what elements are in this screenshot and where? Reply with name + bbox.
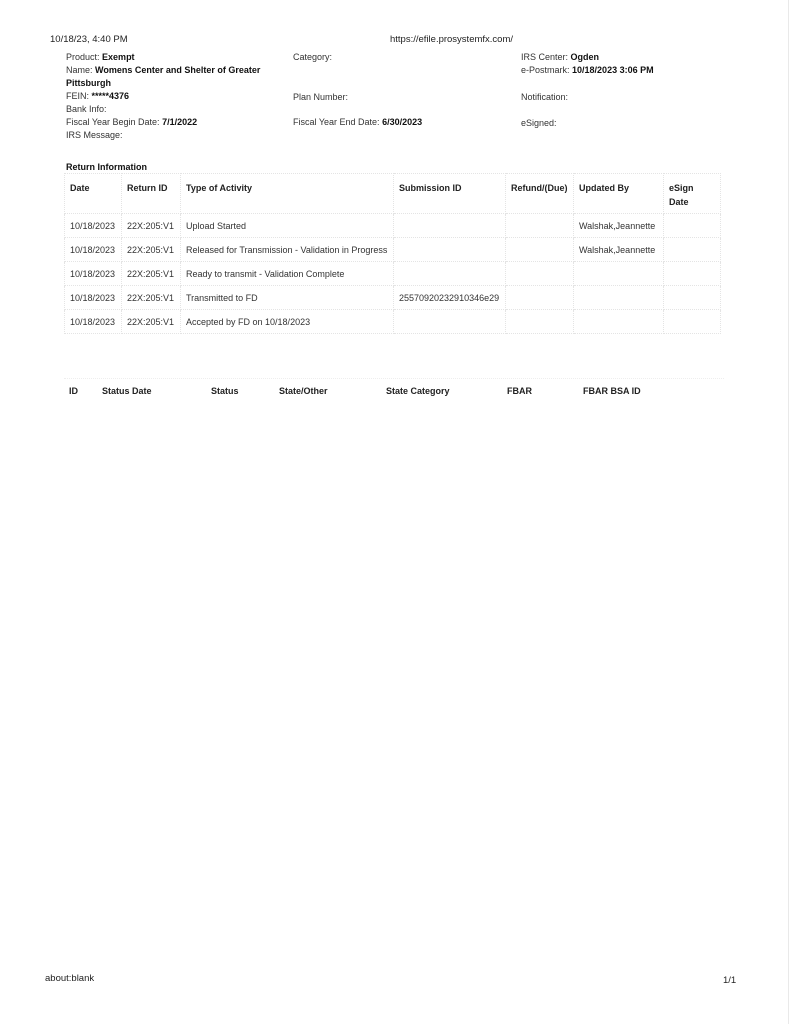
cell-esign-date <box>664 238 721 262</box>
col-date: Date <box>65 174 122 214</box>
cell-updated-by: Walshak,Jeannette <box>574 214 664 238</box>
cell-updated-by <box>574 262 664 286</box>
cell-refund <box>506 238 574 262</box>
print-footer-url: about:blank <box>45 973 94 984</box>
cell-return-id: 22X:205:V1 <box>122 286 181 310</box>
col-activity: Type of Activity <box>181 174 394 214</box>
cell-submission-id: 25570920232910346e29 <box>394 286 506 310</box>
cell-return-id: 22X:205:V1 <box>122 262 181 286</box>
postmark-value: 10/18/2023 3:06 PM <box>572 65 654 75</box>
name-field: Name: Womens Center and Shelter of Great… <box>66 65 260 75</box>
col-state-other: State/Other <box>279 386 328 396</box>
esigned-label: eSigned: <box>521 118 557 128</box>
irs-center-value: Ogden <box>571 52 600 62</box>
col-submission-id: Submission ID <box>394 174 506 214</box>
cell-activity: Released for Transmission - Validation i… <box>181 238 394 262</box>
product-value: Exempt <box>102 52 135 62</box>
cell-activity: Upload Started <box>181 214 394 238</box>
cell-date: 10/18/2023 <box>65 310 122 334</box>
postmark-field: e-Postmark: 10/18/2023 3:06 PM <box>521 65 654 75</box>
cell-updated-by: Walshak,Jeannette <box>574 238 664 262</box>
print-page-number: 1/1 <box>723 975 736 986</box>
cell-submission-id <box>394 238 506 262</box>
fy-begin-value: 7/1/2022 <box>162 117 197 127</box>
col-state-category: State Category <box>386 386 450 396</box>
name-value: Womens Center and Shelter of Greater <box>95 65 260 75</box>
cell-refund <box>506 214 574 238</box>
print-datetime: 10/18/23, 4:40 PM <box>50 34 128 45</box>
col-fbar-bsa-id: FBAR BSA ID <box>583 386 641 396</box>
product-field: Product: Exempt <box>66 52 135 62</box>
cell-esign-date <box>664 262 721 286</box>
cell-activity: Ready to transmit - Validation Complete <box>181 262 394 286</box>
print-url: https://efile.prosystemfx.com/ <box>390 34 513 45</box>
cell-date: 10/18/2023 <box>65 238 122 262</box>
state-table-header: ID Status Date Status State/Other State … <box>64 378 724 401</box>
col-fbar: FBAR <box>507 386 532 396</box>
table-row: 10/18/202322X:205:V1Transmitted to FD255… <box>65 286 721 310</box>
plan-number-label: Plan Number: <box>293 92 348 102</box>
name-value-line2: Pittsburgh <box>66 78 111 88</box>
col-return-id: Return ID <box>122 174 181 214</box>
cell-updated-by <box>574 310 664 334</box>
bank-info-label: Bank Info: <box>66 104 107 114</box>
cell-date: 10/18/2023 <box>65 286 122 310</box>
col-updated-by: Updated By <box>574 174 664 214</box>
cell-submission-id <box>394 262 506 286</box>
category-label: Category: <box>293 52 332 62</box>
cell-updated-by <box>574 286 664 310</box>
return-info-title: Return Information <box>66 162 147 172</box>
page-edge <box>788 0 789 1024</box>
cell-submission-id <box>394 214 506 238</box>
cell-submission-id <box>394 310 506 334</box>
col-id: ID <box>69 386 78 396</box>
fy-end-field: Fiscal Year End Date: 6/30/2023 <box>293 117 422 127</box>
fy-end-value: 6/30/2023 <box>382 117 422 127</box>
return-info-table: Date Return ID Type of Activity Submissi… <box>64 173 721 334</box>
fein-value: *****4376 <box>92 91 130 101</box>
col-refund: Refund/(Due) <box>506 174 574 214</box>
fein-field: FEIN: *****4376 <box>66 91 129 101</box>
cell-esign-date <box>664 214 721 238</box>
col-esign-date: eSign Date <box>664 174 721 214</box>
fy-begin-field: Fiscal Year Begin Date: 7/1/2022 <box>66 117 197 127</box>
table-header-row: Date Return ID Type of Activity Submissi… <box>65 174 721 214</box>
cell-return-id: 22X:205:V1 <box>122 310 181 334</box>
irs-message-label: IRS Message: <box>66 130 123 140</box>
col-status: Status <box>211 386 239 396</box>
table-row: 10/18/202322X:205:V1Upload StartedWalsha… <box>65 214 721 238</box>
table-row: 10/18/202322X:205:V1Ready to transmit - … <box>65 262 721 286</box>
irs-center-field: IRS Center: Ogden <box>521 52 599 62</box>
cell-activity: Accepted by FD on 10/18/2023 <box>181 310 394 334</box>
cell-refund <box>506 286 574 310</box>
cell-date: 10/18/2023 <box>65 214 122 238</box>
cell-return-id: 22X:205:V1 <box>122 214 181 238</box>
col-status-date: Status Date <box>102 386 152 396</box>
cell-esign-date <box>664 310 721 334</box>
cell-date: 10/18/2023 <box>65 262 122 286</box>
cell-activity: Transmitted to FD <box>181 286 394 310</box>
cell-refund <box>506 262 574 286</box>
notification-label: Notification: <box>521 92 568 102</box>
cell-return-id: 22X:205:V1 <box>122 238 181 262</box>
cell-esign-date <box>664 286 721 310</box>
table-row: 10/18/202322X:205:V1Released for Transmi… <box>65 238 721 262</box>
table-row: 10/18/202322X:205:V1Accepted by FD on 10… <box>65 310 721 334</box>
cell-refund <box>506 310 574 334</box>
